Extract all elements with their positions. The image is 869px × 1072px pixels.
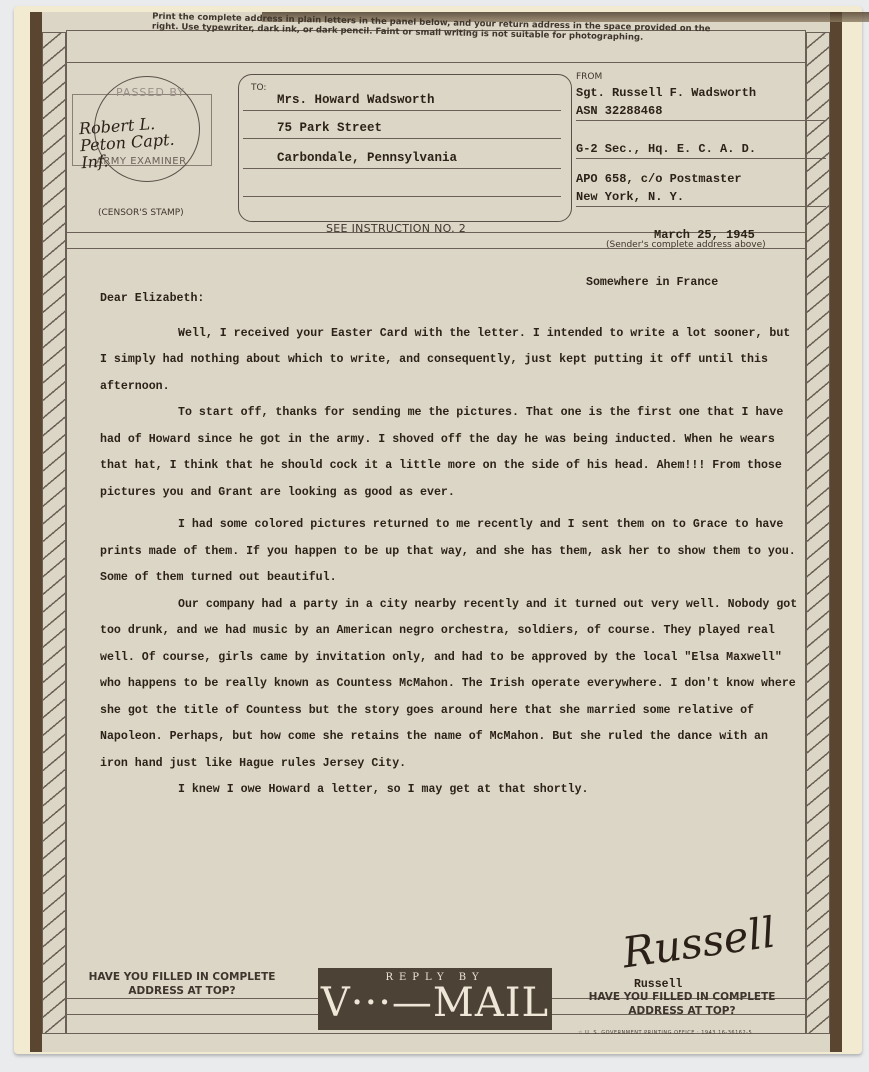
recipient-blank-line bbox=[243, 175, 561, 197]
from-label: FROM bbox=[576, 72, 602, 82]
censor-stamp-label: (CENSOR'S STAMP) bbox=[98, 208, 184, 218]
gpo-imprint: ☆ U. S. GOVERNMENT PRINTING OFFICE : 194… bbox=[578, 1030, 752, 1036]
sender-unit: G-2 Sec., Hq. E. C. A. D. bbox=[576, 140, 826, 159]
paragraph: To start off, thanks for sending me the … bbox=[100, 400, 800, 506]
paragraph: Our company had a party in a city nearby… bbox=[100, 592, 800, 778]
footer-reminder-right: HAVE YOU FILLED IN COMPLETE ADDRESS AT T… bbox=[572, 990, 792, 1018]
vmail-logo: REPLY BY V···—MAIL bbox=[318, 968, 552, 1030]
vmail-wordmark: V···—MAIL bbox=[318, 983, 552, 1023]
stamp-top-text: PASSED BY bbox=[116, 86, 185, 99]
censor-stamp: PASSED BY ARMY EXAMINER Robert L. Peton … bbox=[76, 76, 202, 200]
divider bbox=[66, 62, 806, 63]
sender-name: Sgt. Russell F. Wadsworth bbox=[576, 84, 826, 102]
paragraph: I had some colored pictures returned to … bbox=[100, 512, 800, 592]
paragraph: Well, I received your Easter Card with t… bbox=[100, 321, 800, 401]
recipient-street: 75 Park Street bbox=[243, 117, 561, 139]
recipient-name: Mrs. Howard Wadsworth bbox=[243, 89, 561, 111]
recipient-city: Carbondale, Pennsylvania bbox=[243, 147, 561, 169]
sender-asn: ASN 32288468 bbox=[576, 102, 826, 121]
recipient-address-panel: TO: Mrs. Howard Wadsworth 75 Park Street… bbox=[238, 74, 572, 222]
salutation: Dear Elizabeth: bbox=[100, 286, 800, 313]
sender-apo: APO 658, c/o Postmaster bbox=[576, 170, 826, 188]
senders-note: (Sender's complete address above) bbox=[606, 240, 766, 250]
vmail-sheet: Print the complete address in plain lett… bbox=[30, 12, 842, 1052]
letter-body: Dear Elizabeth: Well, I received your Ea… bbox=[100, 286, 800, 804]
footer-reminder-left: HAVE YOU FILLED IN COMPLETE ADDRESS AT T… bbox=[82, 970, 282, 998]
paragraph: I knew I owe Howard a letter, so I may g… bbox=[100, 777, 800, 804]
censor-signature: Robert L. Peton Capt. Inf. bbox=[78, 112, 203, 171]
see-instruction: SEE INSTRUCTION NO. 2 bbox=[326, 222, 466, 235]
sender-city: New York, N. Y. bbox=[576, 188, 826, 207]
hatched-margin-left bbox=[42, 32, 66, 1034]
